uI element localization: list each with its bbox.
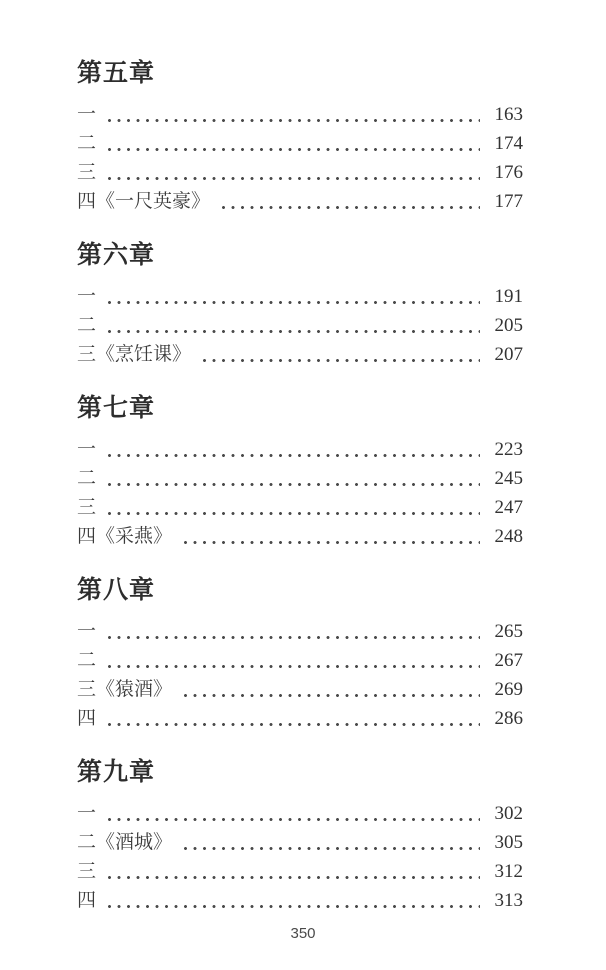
chapter-entries: 一 191 二 205 三《烹饪课》 207 [77,282,523,369]
entry-label: 二 [77,129,96,158]
toc-entry: 一 223 [77,435,523,464]
chapter-entries: 一 163 二 174 三 176 四《一尺英豪》 177 [77,100,523,216]
chapter-heading: 第五章 [77,56,523,90]
dot-leader [108,704,480,733]
dot-leader [108,282,480,311]
toc-entry: 二 174 [77,129,523,158]
entry-label: 二 [77,464,96,493]
chapter-heading: 第九章 [77,755,523,789]
dot-leader [108,799,480,828]
page-number: 265 [489,617,523,646]
dot-leader [108,464,480,493]
toc-entry: 三《猿酒》 269 [77,675,523,704]
entry-label: 三《烹饪课》 [77,340,191,369]
entry-label: 二《酒城》 [77,828,172,857]
page-number: 247 [489,493,523,522]
dot-leader [184,828,480,857]
page-number: 191 [489,282,523,311]
chapter-heading: 第八章 [77,573,523,607]
page-footer: 350 [0,925,606,942]
chapter-heading: 第七章 [77,391,523,425]
dot-leader [108,886,480,915]
entry-label: 四《一尺英豪》 [77,187,210,216]
dot-leader [108,129,480,158]
chapter-entries: 一 265 二 267 三《猿酒》 269 四 286 [77,617,523,733]
toc-entry: 四《采燕》 248 [77,522,523,551]
chapter-entries: 一 302 二《酒城》 305 三 312 四 313 [77,799,523,915]
toc-entry: 二 245 [77,464,523,493]
entry-label: 三 [77,158,96,187]
page-number: 223 [489,435,523,464]
dot-leader [108,857,480,886]
page-number: 207 [489,340,523,369]
toc-entry: 三 312 [77,857,523,886]
toc-entry: 一 302 [77,799,523,828]
page-number: 305 [489,828,523,857]
toc-entry: 二 267 [77,646,523,675]
entry-label: 一 [77,100,96,129]
entry-label: 一 [77,435,96,464]
entry-label: 二 [77,646,96,675]
toc-entry: 三《烹饪课》 207 [77,340,523,369]
dot-leader [222,187,480,216]
toc-entry: 二 205 [77,311,523,340]
toc-entry: 三 247 [77,493,523,522]
page-number: 313 [489,886,523,915]
page-number: 176 [489,158,523,187]
entry-label: 三《猿酒》 [77,675,172,704]
entry-label: 四 [77,886,96,915]
page-number: 312 [489,857,523,886]
entry-label: 二 [77,311,96,340]
page-number: 286 [489,704,523,733]
toc-page: 第五章 一 163 二 174 三 176 四《一尺英豪》 177 第六章 一 … [0,0,606,970]
toc-entry: 四 313 [77,886,523,915]
entry-label: 三 [77,857,96,886]
entry-label: 四 [77,704,96,733]
toc-entry: 一 265 [77,617,523,646]
toc-entry: 一 163 [77,100,523,129]
dot-leader [184,522,480,551]
page-number: 302 [489,799,523,828]
dot-leader [108,493,480,522]
entry-label: 一 [77,282,96,311]
toc-entry: 四《一尺英豪》 177 [77,187,523,216]
dot-leader [108,100,480,129]
chapter-heading: 第六章 [77,238,523,272]
page-footer-number: 350 [290,925,315,942]
page-number: 269 [489,675,523,704]
entry-label: 三 [77,493,96,522]
toc-entry: 二《酒城》 305 [77,828,523,857]
page-number: 267 [489,646,523,675]
entry-label: 一 [77,799,96,828]
dot-leader [108,311,480,340]
toc-entry: 一 191 [77,282,523,311]
entry-label: 一 [77,617,96,646]
page-number: 245 [489,464,523,493]
page-number: 174 [489,129,523,158]
toc-entry: 四 286 [77,704,523,733]
page-number: 177 [489,187,523,216]
page-number: 163 [489,100,523,129]
dot-leader [203,340,480,369]
chapter-entries: 一 223 二 245 三 247 四《采燕》 248 [77,435,523,551]
page-number: 205 [489,311,523,340]
page-number: 248 [489,522,523,551]
dot-leader [108,158,480,187]
dot-leader [108,617,480,646]
entry-label: 四《采燕》 [77,522,172,551]
dot-leader [108,646,480,675]
dot-leader [108,435,480,464]
dot-leader [184,675,480,704]
toc-entry: 三 176 [77,158,523,187]
